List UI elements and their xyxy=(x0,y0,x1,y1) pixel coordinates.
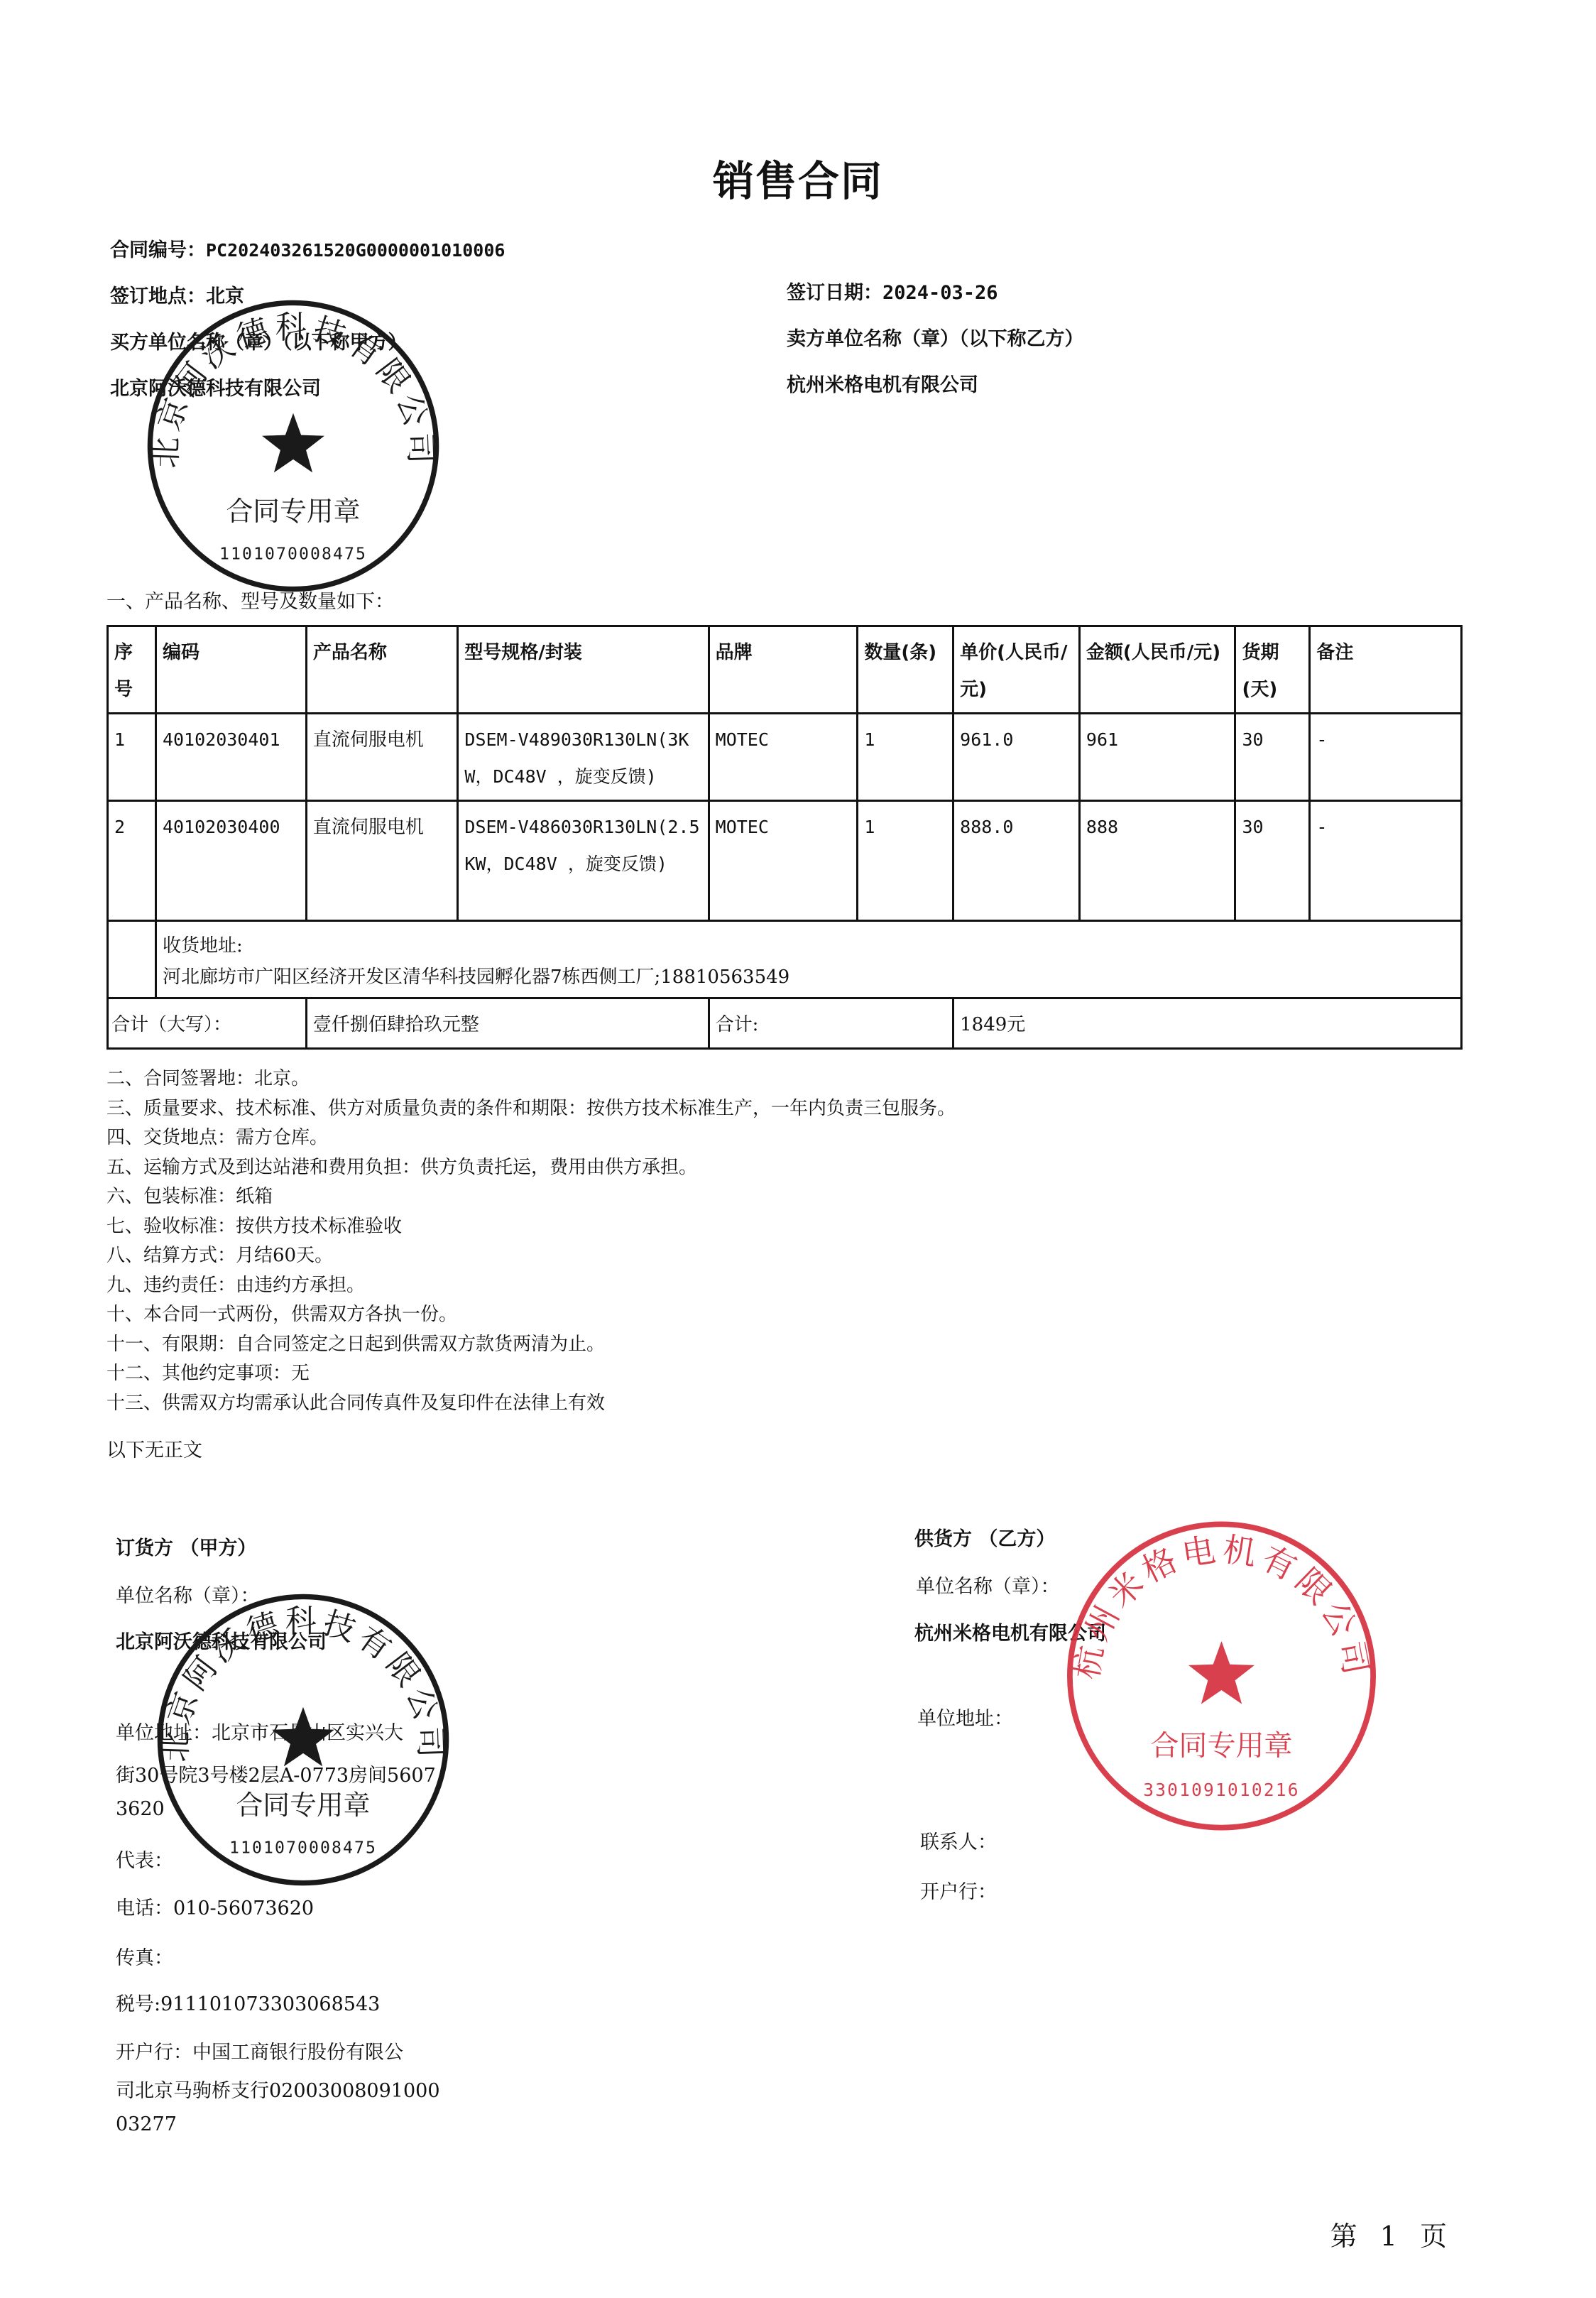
cell-unit-price: 888.0 xyxy=(953,801,1080,921)
seller-name-label: 单位名称（章）： xyxy=(916,1571,1060,1599)
cell-lead-time: 30 xyxy=(1235,801,1310,921)
buyer-fax-label: 传真： xyxy=(116,1942,173,1970)
cell-qty: 1 xyxy=(858,801,953,921)
clause-item: 二、合同签署地：北京。 xyxy=(106,1064,310,1090)
clause-item: 十一、有限期：自合同签定之日起到供需双方款货两清为止。 xyxy=(106,1329,605,1356)
contract-number: 合同编号：PC202403261520G0000001010006 xyxy=(110,234,505,262)
svg-text:1101070008475: 1101070008475 xyxy=(219,545,367,564)
buyer-bank-line-3: 03277 xyxy=(116,2113,177,2135)
seller-label: 卖方单位名称（章）（以下称乙方） xyxy=(787,323,1084,351)
svg-text:合同专用章: 合同专用章 xyxy=(226,496,360,527)
table-row: 2 40102030400 直流伺服电机 DSEM-V486030R130LN(… xyxy=(108,801,1462,921)
cell-brand: MOTEC xyxy=(709,801,858,921)
cell-lead-time: 30 xyxy=(1235,714,1310,801)
document-title: 销售合同 xyxy=(0,148,1596,207)
clause-item: 十三、供需双方均需承认此合同传真件及复印件在法律上有效 xyxy=(106,1388,605,1415)
cell-unit-price: 961.0 xyxy=(953,714,1080,801)
cell-seq: 2 xyxy=(108,801,156,921)
header-amount: 金额(人民币/元) xyxy=(1079,626,1235,714)
clause-item: 四、交货地点：需方仓库。 xyxy=(106,1123,328,1149)
cell-product: 直流伺服电机 xyxy=(306,801,458,921)
delivery-spacer xyxy=(108,921,156,998)
sign-date: 签订日期：2024-03-26 xyxy=(787,277,998,305)
cell-amount: 888 xyxy=(1079,801,1235,921)
clause-item: 八、结算方式：月结60天。 xyxy=(106,1241,333,1267)
clause-item: 九、违约责任：由违约方承担。 xyxy=(106,1270,365,1297)
svg-text:1101070008475: 1101070008475 xyxy=(229,1839,377,1858)
seller-name: 杭州米格电机有限公司 xyxy=(787,369,978,397)
buyer-signature-seal: 北京阿沃德科技有限公司合同专用章1101070008475 xyxy=(151,1591,456,1889)
seller-contact-label: 联系人： xyxy=(920,1826,997,1854)
header-product: 产品名称 xyxy=(306,626,458,714)
svg-text:合同专用章: 合同专用章 xyxy=(236,1790,370,1821)
header-code: 编码 xyxy=(155,626,306,714)
buyer-tax-value: 911101073303068543 xyxy=(160,1993,380,2015)
cell-remark: - xyxy=(1310,801,1462,921)
clause-item: 五、运输方式及到达站港和费用负担：供方负责托运，费用由供方承担。 xyxy=(106,1153,697,1179)
delivery-address: 河北廊坊市广阳区经济开发区清华科技园孵化器7栋西侧工厂;18810563549 xyxy=(163,962,1455,993)
header-brand: 品牌 xyxy=(709,626,858,714)
total-label: 合计: xyxy=(709,998,953,1049)
cell-model: DSEM-V489030R130LN(3KW，DC48V ，旋变反馈) xyxy=(458,714,709,801)
cell-model: DSEM-V486030R130LN(2.5KW，DC48V ，旋变反馈) xyxy=(458,801,709,921)
cell-code: 40102030401 xyxy=(155,714,306,801)
cell-code: 40102030400 xyxy=(155,801,306,921)
seller-address-label: 单位地址： xyxy=(917,1703,1013,1731)
cell-product: 直流伺服电机 xyxy=(306,714,458,801)
header-qty: 数量(条) xyxy=(858,626,953,714)
svg-text:3301091010216: 3301091010216 xyxy=(1143,1780,1299,1800)
seal-graphic: 北京阿沃德科技有限公司合同专用章1101070008475 xyxy=(151,1591,456,1889)
table-row: 1 40102030401 直流伺服电机 DSEM-V489030R130LN(… xyxy=(108,714,1462,801)
cell-seq: 1 xyxy=(108,714,156,801)
clause-item: 十二、其他约定事项：无 xyxy=(106,1358,310,1385)
table-header-row: 序号 编码 产品名称 型号规格/封装 品牌 数量(条) 单价(人民币/元) 金额… xyxy=(108,626,1462,714)
seller-bank-label: 开户行： xyxy=(920,1876,997,1904)
buyer-bank-line-1: 开户行：中国工商银行股份有限公 xyxy=(116,2037,403,2064)
cell-brand: MOTEC xyxy=(709,714,858,801)
svg-text:合同专用章: 合同专用章 xyxy=(1150,1729,1292,1762)
clause-item: 七、验收标准：按供方技术标准验收 xyxy=(106,1211,402,1238)
sign-date-value: 2024-03-26 xyxy=(882,282,998,304)
contract-number-label: 合同编号： xyxy=(110,239,206,261)
delivery-row: 收货地址: 河北廊坊市广阳区经济开发区清华科技园孵化器7栋西侧工厂;188105… xyxy=(108,921,1462,998)
delivery-label: 收货地址: xyxy=(163,930,1455,962)
total-value: 1849元 xyxy=(953,998,1462,1049)
header-remark: 备注 xyxy=(1310,626,1462,714)
buyer-phone: 电话：010-56073620 xyxy=(116,1893,314,1920)
cell-remark: - xyxy=(1310,714,1462,801)
total-upper-label: 合计（大写）： xyxy=(108,998,307,1049)
end-note: 以下无正文 xyxy=(106,1434,202,1462)
clause-item: 三、质量要求、技术标准、供方对质量负责的条件和期限：按供方技术标准生产，一年内负… xyxy=(106,1094,956,1120)
seal-graphic: 杭州米格电机有限公司合同专用章3301091010216 xyxy=(1064,1513,1379,1839)
header-lead-time: 货期(天) xyxy=(1235,626,1310,714)
buyer-bank-line-2: 司北京马驹桥支行02003008091000 xyxy=(116,2075,440,2103)
contract-number-value: PC202403261520G0000001010006 xyxy=(206,240,505,261)
cell-qty: 1 xyxy=(858,714,953,801)
seal-graphic: 北京阿沃德科技有限公司合同专用章1101070008475 xyxy=(141,297,446,595)
header-seq: 序号 xyxy=(108,626,156,714)
page-number: 第 1 页 xyxy=(1330,2214,1454,2253)
buyer-tax: 税号:911101073303068543 xyxy=(116,1988,380,2016)
delivery-cell: 收货地址: 河北廊坊市广阳区经济开发区清华科技园孵化器7栋西侧工厂;188105… xyxy=(155,921,1461,998)
buyer-phone-value: 010-56073620 xyxy=(173,1897,314,1919)
total-upper-value: 壹仟捌佰肆拾玖元整 xyxy=(306,998,709,1049)
total-row: 合计（大写）： 壹仟捌佰肆拾玖元整 合计: 1849元 xyxy=(108,998,1462,1049)
clause-item: 十、本合同一式两份，供需双方各执一份。 xyxy=(106,1300,457,1326)
seller-signature-seal: 杭州米格电机有限公司合同专用章3301091010216 xyxy=(1064,1513,1379,1839)
product-table: 序号 编码 产品名称 型号规格/封装 品牌 数量(条) 单价(人民币/元) 金额… xyxy=(106,625,1463,1050)
buyer-tax-label: 税号: xyxy=(116,1993,160,2015)
header-model: 型号规格/封装 xyxy=(458,626,709,714)
header-unit-price: 单价(人民币/元) xyxy=(953,626,1080,714)
sign-date-label: 签订日期： xyxy=(787,282,882,304)
cell-amount: 961 xyxy=(1079,714,1235,801)
clause-item: 六、包装标准：纸箱 xyxy=(106,1182,273,1208)
buyer-company-seal: 北京阿沃德科技有限公司合同专用章1101070008475 xyxy=(141,297,446,595)
seller-heading: 供货方 （乙方） xyxy=(914,1523,1055,1551)
buyer-heading: 订货方 （甲方） xyxy=(116,1532,256,1560)
buyer-phone-label: 电话： xyxy=(116,1897,173,1919)
